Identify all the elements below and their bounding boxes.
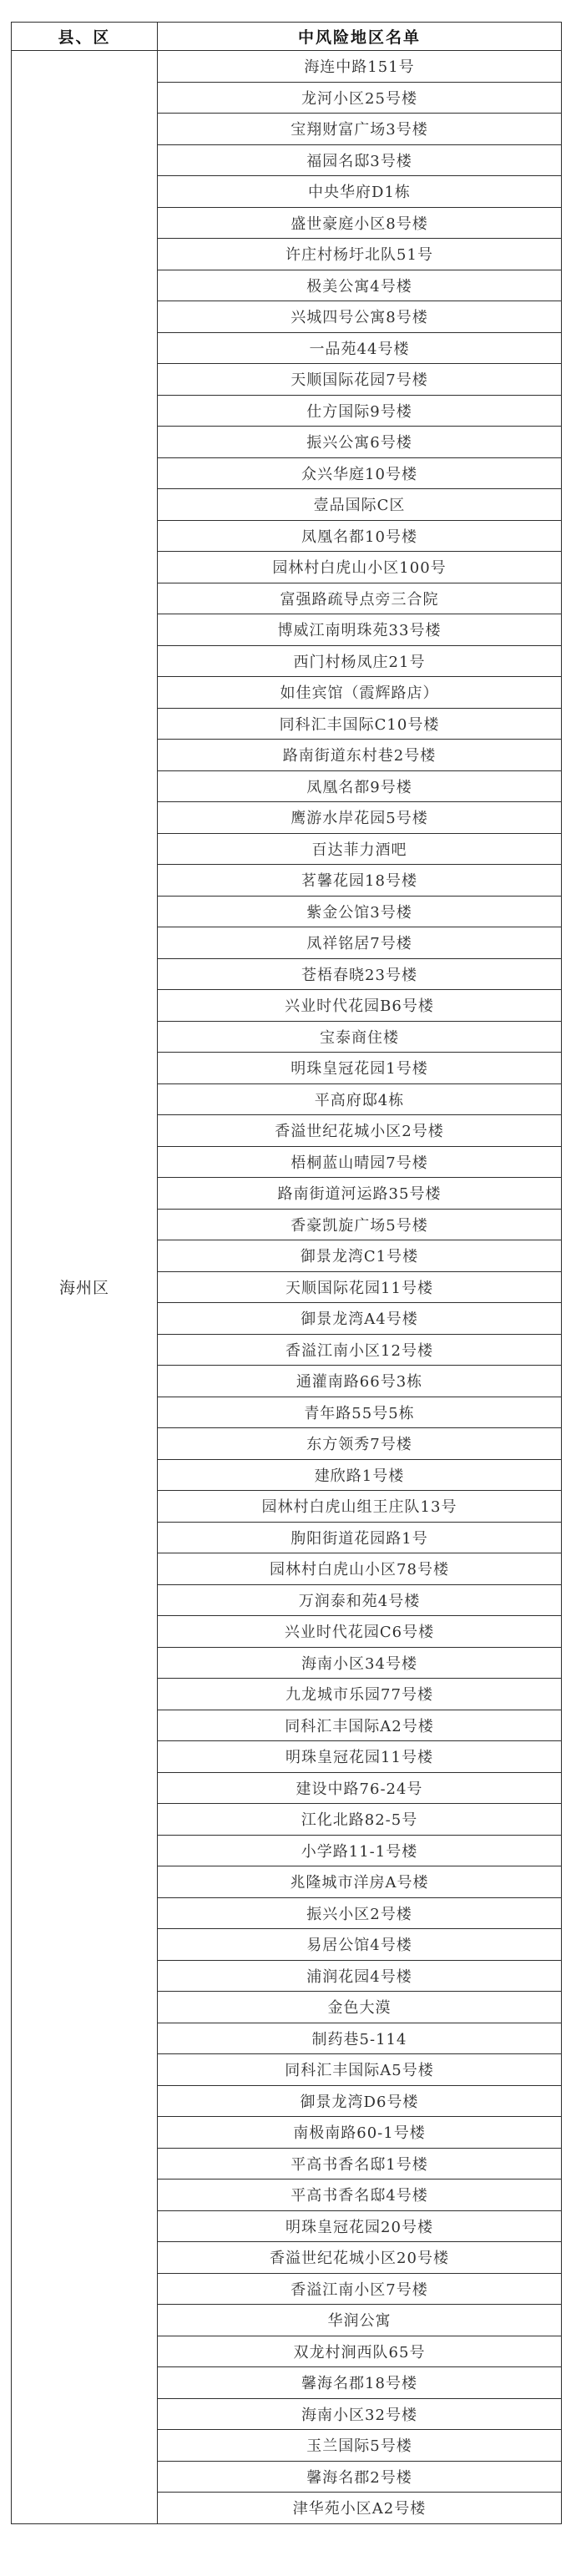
- area-cell: 御景龙湾C1号楼: [158, 1240, 562, 1272]
- area-cell: 中央华府D1栋: [158, 176, 562, 208]
- table-header: 县、区 中风险地区名单: [12, 23, 562, 51]
- area-cell: 香溢江南小区7号楼: [158, 2273, 562, 2305]
- medium-risk-area-table: 县、区 中风险地区名单 海州区海连中路151号龙河小区25号楼宝翔财富广场3号楼…: [11, 22, 562, 2524]
- header-cell-county-district: 县、区: [12, 23, 158, 51]
- area-cell: 南极南路60-1号楼: [158, 2117, 562, 2149]
- area-cell: 香溢江南小区12号楼: [158, 1334, 562, 1366]
- area-cell: 玉兰国际5号楼: [158, 2430, 562, 2462]
- area-cell: 青年路55号5栋: [158, 1397, 562, 1428]
- area-cell: 制药巷5-114: [158, 2023, 562, 2054]
- area-cell: 同科汇丰国际A5号楼: [158, 2054, 562, 2086]
- area-cell: 茗馨花园18号楼: [158, 865, 562, 897]
- area-cell: 盛世豪庭小区8号楼: [158, 207, 562, 239]
- area-cell: 津华苑小区A2号楼: [158, 2493, 562, 2524]
- area-cell: 凤凰名都9号楼: [158, 770, 562, 802]
- area-cell: 园林村白虎山小区100号: [158, 552, 562, 583]
- area-cell: 华润公寓: [158, 2305, 562, 2336]
- table-row: 海州区海连中路151号: [12, 51, 562, 83]
- area-cell: 鹰游水岸花园5号楼: [158, 802, 562, 834]
- area-cell: 海南小区32号楼: [158, 2398, 562, 2430]
- header-row: 县、区 中风险地区名单: [12, 23, 562, 51]
- area-cell: 御景龙湾D6号楼: [158, 2085, 562, 2117]
- area-cell: 金色大漠: [158, 1992, 562, 2023]
- area-cell: 振兴小区2号楼: [158, 1897, 562, 1929]
- area-cell: 众兴华庭10号楼: [158, 457, 562, 489]
- area-cell: 兆隆城市洋房A号楼: [158, 1866, 562, 1898]
- area-cell: 御景龙湾A4号楼: [158, 1303, 562, 1335]
- area-cell: 小学路11-1号楼: [158, 1835, 562, 1866]
- area-cell: 宝翔财富广场3号楼: [158, 114, 562, 145]
- area-cell: 路南街道东村巷2号楼: [158, 740, 562, 771]
- area-cell: 宝泰商住楼: [158, 1021, 562, 1053]
- area-cell: 兴业时代花园C6号楼: [158, 1616, 562, 1648]
- area-cell: 富强路疏导点旁三合院: [158, 583, 562, 614]
- area-cell: 百达菲力酒吧: [158, 833, 562, 865]
- area-cell: 香溢世纪花城小区2号楼: [158, 1115, 562, 1147]
- area-cell: 海连中路151号: [158, 51, 562, 83]
- area-cell: 园林村白虎山小区78号楼: [158, 1553, 562, 1585]
- area-cell: 万润泰和苑4号楼: [158, 1584, 562, 1616]
- area-cell: 平高书香名邸4号楼: [158, 2179, 562, 2211]
- area-cell: 同科汇丰国际A2号楼: [158, 1710, 562, 1741]
- area-cell: 极美公寓4号楼: [158, 270, 562, 301]
- area-cell: 福园名邸3号楼: [158, 144, 562, 176]
- area-cell: 路南街道河运路35号楼: [158, 1178, 562, 1210]
- area-cell: 苍梧春晓23号楼: [158, 958, 562, 990]
- area-cell: 兴城四号公寓8号楼: [158, 301, 562, 333]
- area-cell: 建欣路1号楼: [158, 1459, 562, 1491]
- area-cell: 壹品国际C区: [158, 489, 562, 521]
- area-cell: 馨海名郡18号楼: [158, 2367, 562, 2399]
- area-cell: 园林村白虎山组王庄队13号: [158, 1491, 562, 1523]
- table-body: 海州区海连中路151号龙河小区25号楼宝翔财富广场3号楼福园名邸3号楼中央华府D…: [12, 51, 562, 2524]
- area-cell: 如佳宾馆（霞辉路店）: [158, 677, 562, 709]
- area-cell: 梧桐蓝山晴园7号楼: [158, 1146, 562, 1178]
- area-cell: 东方领秀7号楼: [158, 1428, 562, 1460]
- area-cell: 平高书香名邸1号楼: [158, 2148, 562, 2179]
- area-cell: 振兴公寓6号楼: [158, 427, 562, 458]
- area-cell: 香溢世纪花城小区20号楼: [158, 2242, 562, 2274]
- area-cell: 一品苑44号楼: [158, 332, 562, 364]
- area-cell: 双龙村涧西队65号: [158, 2336, 562, 2367]
- area-cell: 紫金公馆3号楼: [158, 896, 562, 927]
- area-cell: 浦润花园4号楼: [158, 1960, 562, 1992]
- area-cell: 香豪凯旋广场5号楼: [158, 1209, 562, 1240]
- area-cell: 西门村杨凤庄21号: [158, 645, 562, 677]
- area-cell: 凤祥铭居7号楼: [158, 927, 562, 959]
- area-cell: 同科汇丰国际C10号楼: [158, 708, 562, 740]
- area-cell: 九龙城市乐园77号楼: [158, 1679, 562, 1710]
- area-cell: 兴业时代花园B6号楼: [158, 990, 562, 1022]
- area-cell: 明珠皇冠花园1号楼: [158, 1053, 562, 1084]
- area-cell: 建设中路76-24号: [158, 1772, 562, 1804]
- header-cell-risk-list: 中风险地区名单: [158, 23, 562, 51]
- area-cell: 许庄村杨圩北队51号: [158, 239, 562, 270]
- area-cell: 通灌南路66号3栋: [158, 1366, 562, 1397]
- area-cell: 博威江南明珠苑33号楼: [158, 614, 562, 646]
- area-cell: 海南小区34号楼: [158, 1647, 562, 1679]
- area-cell: 平高府邸4栋: [158, 1083, 562, 1115]
- area-cell: 易居公馆4号楼: [158, 1929, 562, 1961]
- area-cell: 天顺国际花园11号楼: [158, 1271, 562, 1303]
- area-cell: 天顺国际花园7号楼: [158, 364, 562, 396]
- area-cell: 明珠皇冠花园11号楼: [158, 1741, 562, 1773]
- area-cell: 仕方国际9号楼: [158, 395, 562, 427]
- area-cell: 馨海名郡2号楼: [158, 2461, 562, 2493]
- area-cell: 龙河小区25号楼: [158, 82, 562, 114]
- area-cell: 朐阳街道花园路1号: [158, 1522, 562, 1553]
- area-cell: 凤凰名都10号楼: [158, 520, 562, 552]
- area-cell: 江化北路82-5号: [158, 1804, 562, 1836]
- area-cell: 明珠皇冠花园20号楼: [158, 2210, 562, 2242]
- district-cell: 海州区: [12, 51, 158, 2524]
